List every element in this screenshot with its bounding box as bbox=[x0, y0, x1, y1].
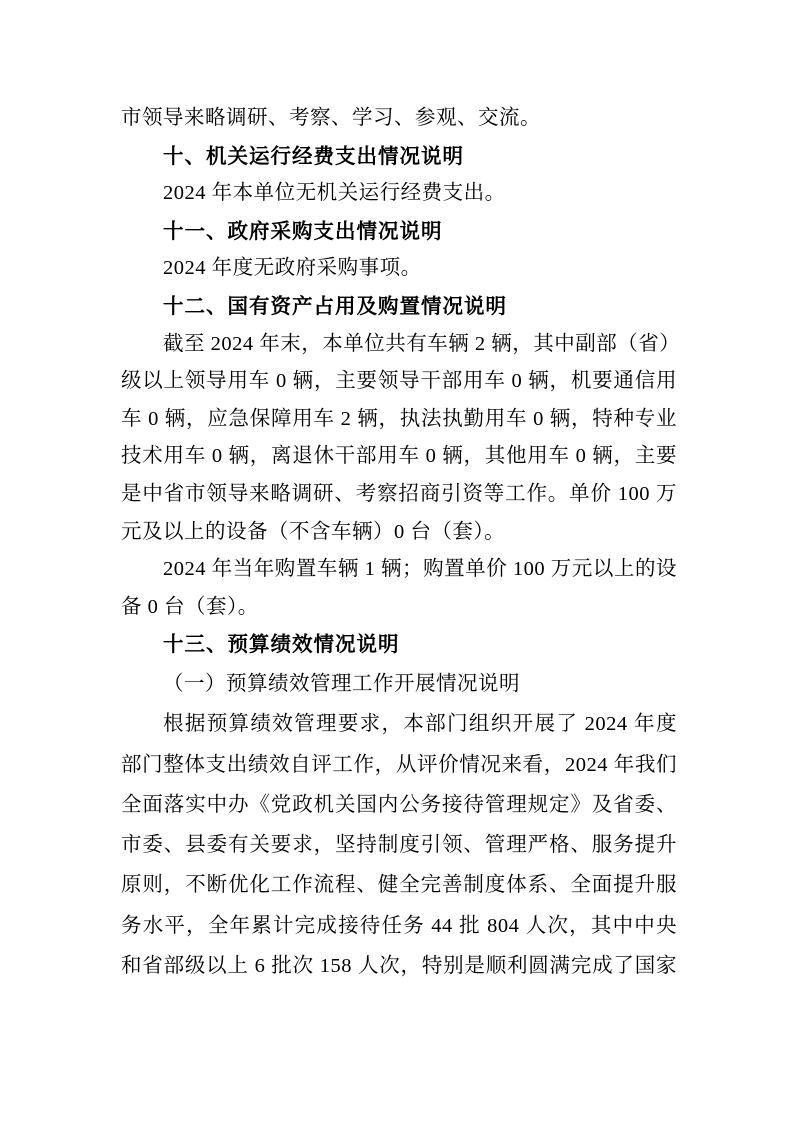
section-heading-line: 十三、预算绩效情况说明 bbox=[121, 626, 677, 664]
document-page: 市领导来略调研、考察、学习、参观、交流。十、机关运行经费支出情况说明2024 年… bbox=[0, 0, 793, 1122]
body-text-line: 2024 年本单位无机关运行经费支出。 bbox=[121, 175, 677, 213]
body-text-line: 务水平，全年累计完成接待任务 44 批 804 人次，其中中央 bbox=[121, 906, 677, 946]
body-text-line: 元及以上的设备（不含车辆）0 台（套）。 bbox=[121, 514, 677, 552]
body-text-line: 部门整体支出绩效自评工作，从评价情况来看，2024 年我们 bbox=[121, 745, 677, 785]
subsection-heading-line: （一）预算绩效管理工作开展情况说明 bbox=[121, 664, 677, 704]
section-heading-line: 十一、政府采购支出情况说明 bbox=[121, 213, 677, 251]
body-text-line: 根据预算绩效管理要求，本部门组织开展了 2024 年度 bbox=[121, 704, 677, 744]
body-text-line: 截至 2024 年末，本单位共有车辆 2 辆，其中副部（省） bbox=[121, 326, 677, 364]
body-text-line: 2024 年当年购置车辆 1 辆；购置单价 100 万元以上的设 bbox=[121, 551, 677, 589]
section-heading-line: 十二、国有资产占用及购置情况说明 bbox=[121, 288, 677, 326]
section-heading-line: 十、机关运行经费支出情况说明 bbox=[121, 138, 677, 176]
body-text-line: 2024 年度无政府采购事项。 bbox=[121, 250, 677, 288]
body-text-line: 级以上领导用车 0 辆，主要领导干部用车 0 辆，机要通信用 bbox=[121, 363, 677, 401]
body-text-line: 技术用车 0 辆，离退休干部用车 0 辆，其他用车 0 辆，主要 bbox=[121, 438, 677, 476]
body-text-line: 原则，不断优化工作流程、健全完善制度体系、全面提升服 bbox=[121, 865, 677, 905]
body-text-line: 是中省市领导来略调研、考察招商引资等工作。单价 100 万 bbox=[121, 476, 677, 514]
body-text-line: 市领导来略调研、考察、学习、参观、交流。 bbox=[121, 100, 677, 138]
document-body: 市领导来略调研、考察、学习、参观、交流。十、机关运行经费支出情况说明2024 年… bbox=[121, 100, 677, 986]
body-text-line: 和省部级以上 6 批次 158 人次，特别是顺利圆满完成了国家 bbox=[121, 946, 677, 986]
body-text-line: 全面落实中办《党政机关国内公务接待管理规定》及省委、 bbox=[121, 785, 677, 825]
body-text-line: 车 0 辆，应急保障用车 2 辆，执法执勤用车 0 辆，特种专业 bbox=[121, 401, 677, 439]
body-text-line: 备 0 台（套）。 bbox=[121, 589, 677, 627]
body-text-line: 市委、县委有关要求，坚持制度引领、管理严格、服务提升 bbox=[121, 825, 677, 865]
